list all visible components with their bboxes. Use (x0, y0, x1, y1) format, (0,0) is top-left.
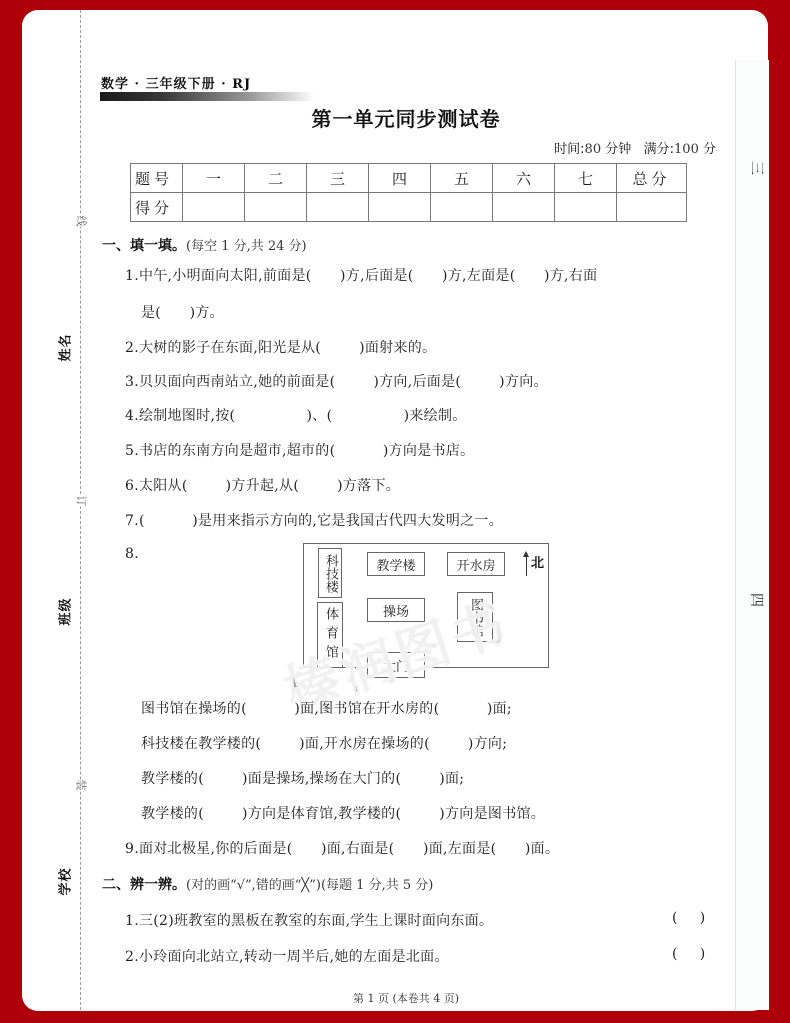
binding-mark-line: 线 (73, 216, 91, 227)
column-header: 五 (431, 164, 493, 193)
exam-meta: 时间:80 分钟 满分:100 分 (554, 138, 716, 157)
north-label: 北 (531, 552, 544, 571)
judge-question-1: 1.三(2)班教室的黑板在教室的东面,学生上课时面向东面。 (125, 910, 493, 930)
total-score-cell[interactable] (617, 193, 687, 222)
row-header-score: 得分 (131, 193, 183, 222)
header-gradient-bar (100, 92, 315, 101)
column-header: 二 (245, 164, 307, 193)
column-header: 六 (493, 164, 555, 193)
map-label: 科技楼 (321, 554, 339, 593)
binding-mark-bind: 订 (73, 496, 91, 507)
score-cell[interactable] (431, 193, 493, 222)
name-field-label: 姓名 (55, 333, 74, 361)
map-playground: 操场 (367, 598, 425, 622)
binding-dashed-line (80, 10, 81, 1010)
school-map-diagram: 科技楼 教学楼 开水房 北 体育馆 操场 图书馆 大门 (303, 543, 549, 668)
question-8-sub-4: 教学楼的( )方向是体育馆,教学楼的( )方向是图书馆。 (141, 803, 545, 823)
time-value: 80 (585, 142, 602, 157)
time-label: 时间: (554, 142, 584, 157)
school-field-label: 学校 (55, 867, 74, 895)
judge-answer-blank-2[interactable]: ( ) (672, 946, 705, 962)
column-header: 四 (369, 164, 431, 193)
score-cell[interactable] (245, 193, 307, 222)
map-label: 开水房 (456, 555, 495, 574)
column-header: 三 (307, 164, 369, 193)
map-building-teaching: 教学楼 (367, 552, 425, 576)
full-score-value: 100 (674, 142, 699, 157)
map-label: 大门 (383, 656, 409, 675)
score-table: 题号 一 二 三 四 五 六 七 总分 得分 (130, 163, 687, 222)
question-8-sub-3: 教学楼的( )面是操场,操场在大门的( )面; (141, 768, 464, 788)
full-score-unit: 分 (699, 142, 716, 157)
question-8-sub-2: 科技楼在教学楼的( )面,开水房在操场的( )方向; (141, 733, 507, 753)
time-unit: 分钟 (601, 142, 631, 157)
page-title: 第一单元同步测试卷 (0, 103, 790, 132)
score-cell[interactable] (307, 193, 369, 222)
question-1: 1.中午,小明面向太阳,前面是( )方,后面是( )方,左面是( )方,右面 (125, 265, 597, 285)
score-table-score-row: 得分 (131, 193, 687, 222)
section-2-title: 二、辨一辨。 (102, 877, 186, 893)
score-cell[interactable] (369, 193, 431, 222)
class-field-label: 班级 (55, 597, 74, 625)
binding-mark-mount: 装 (73, 780, 91, 791)
question-1-cont: 是( )方。 (141, 302, 224, 322)
section-1-note: (每空 1 分,共 24 分) (186, 239, 307, 254)
question-2: 2.大树的影子在东面,阳光是从( )面射来的。 (125, 337, 436, 357)
map-building-science: 科技楼 (318, 548, 342, 598)
column-header: 一 (183, 164, 245, 193)
map-building-gym: 体育馆 (317, 602, 343, 668)
north-arrow-icon (526, 554, 527, 576)
score-cell[interactable] (183, 193, 245, 222)
map-label: 图书馆 (466, 598, 484, 637)
map-label: 操场 (383, 601, 409, 620)
question-7: 7.( )是用来指示方向的,它是我国古代四大发明之一。 (125, 510, 503, 530)
row-header-question-number: 题号 (131, 164, 183, 193)
question-9: 9.面对北极星,你的后面是( )面,右面是( )面,左面是( )面。 (125, 838, 559, 858)
full-score-label: 满分: (644, 142, 674, 157)
section-2-heading: 二、辨一辨。(对的画“√”,错的画“╳”)(每题 1 分,共 5 分) (102, 874, 433, 894)
map-label: 体育馆 (321, 607, 339, 664)
map-label: 教学楼 (376, 555, 415, 574)
map-building-library: 图书馆 (457, 592, 493, 642)
column-header: 七 (555, 164, 617, 193)
next-page-section-marker: 三 (747, 161, 767, 175)
question-6: 6.太阳从( )方升起,从( )方落下。 (125, 475, 400, 495)
judge-question-2: 2.小玲面向北站立,转动一周半后,她的左面是北面。 (125, 946, 449, 966)
score-cell[interactable] (555, 193, 617, 222)
question-3: 3.贝贝面向西南站立,她的前面是( )方向,后面是( )方向。 (125, 371, 548, 391)
score-table-header-row: 题号 一 二 三 四 五 六 七 总分 (131, 164, 687, 193)
question-5: 5.书店的东南方向是超市,超市的( )方向是书店。 (125, 440, 474, 460)
question-8: 8. (125, 546, 139, 562)
column-header-total: 总分 (617, 164, 687, 193)
section-1-title: 一、填一填。 (102, 238, 186, 254)
map-building-water-room: 开水房 (447, 552, 505, 576)
question-4: 4.绘制地图时,按( )、( )来绘制。 (125, 405, 467, 425)
page-footer: 第 1 页 (本卷共 4 页) (0, 990, 790, 1006)
book-header: 数学 · 三年级下册 · RJ (101, 73, 251, 92)
judge-answer-blank-1[interactable]: ( ) (672, 910, 705, 926)
question-8-sub-1: 图书馆在操场的( )面,图书馆在开水房的( )面; (141, 698, 512, 718)
score-cell[interactable] (493, 193, 555, 222)
section-1-heading: 一、填一填。(每空 1 分,共 24 分) (102, 235, 307, 255)
map-main-gate: 大门 (367, 652, 425, 678)
section-2-note: (对的画“√”,错的画“╳”)(每题 1 分,共 5 分) (186, 878, 433, 893)
next-page-section-marker: 四 (747, 593, 767, 607)
next-page-edge (735, 60, 769, 1010)
